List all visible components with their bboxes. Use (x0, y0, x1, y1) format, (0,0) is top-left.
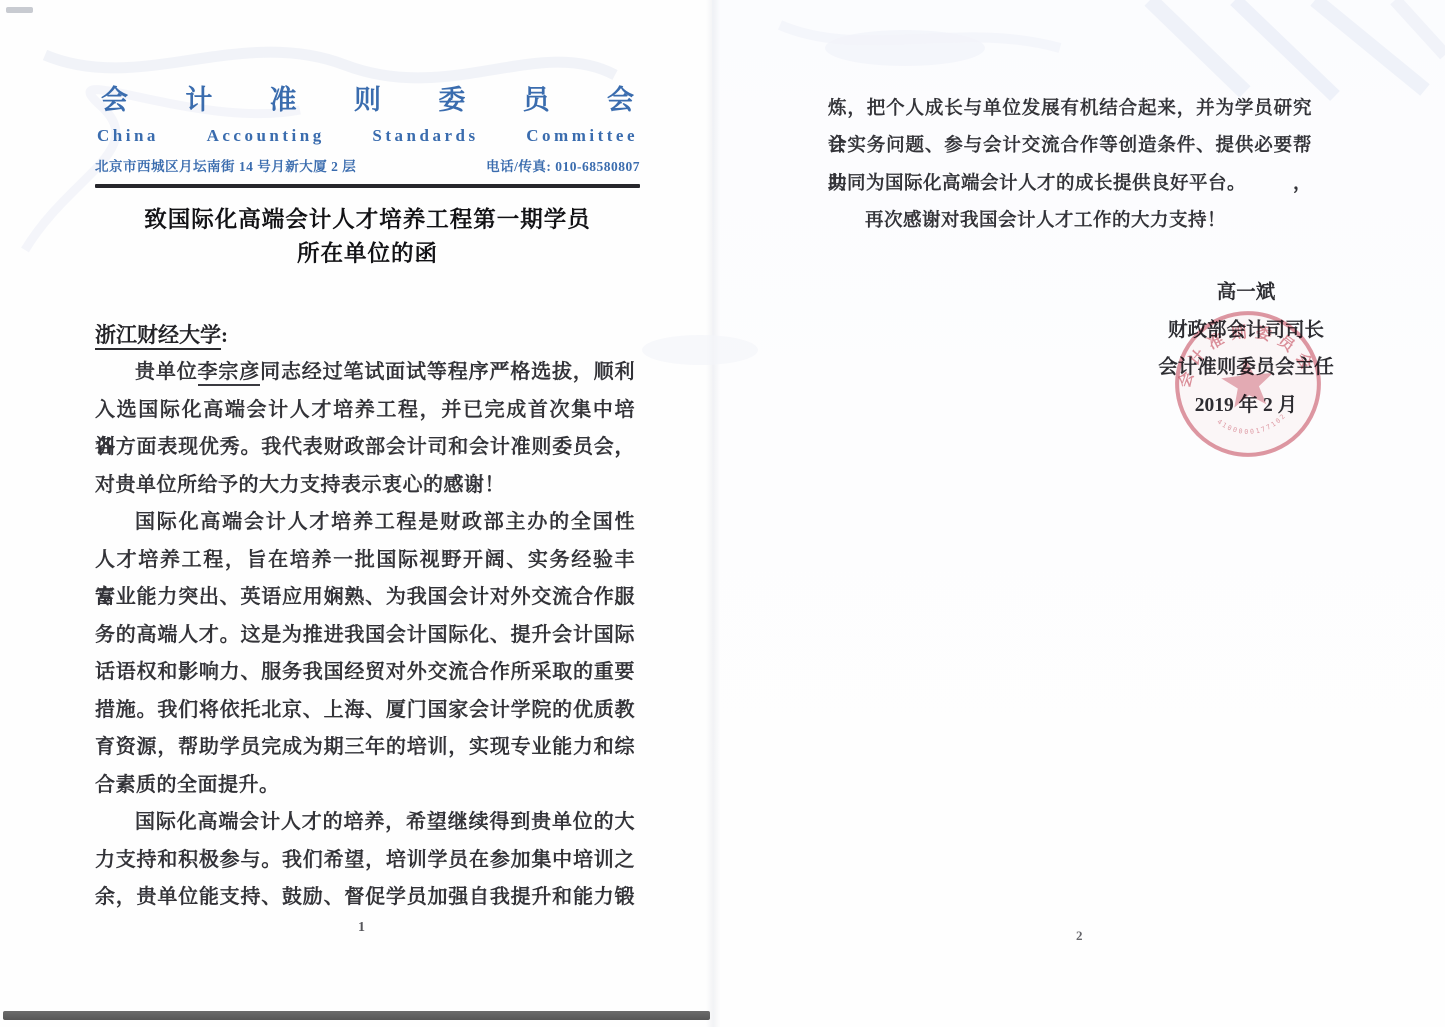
org-name-en-word: China (97, 125, 159, 147)
body-text: 各方面表现优秀。我代表财政部会计司和会计准则委员会， (95, 436, 635, 458)
official-seal: 会计准则委员会 4100000177102 (1158, 294, 1338, 474)
salutation-recipient: 浙江财经大学 (95, 323, 221, 350)
body-line: 炼，把个人成长与单位发展有机结合起来，并为学员研究会 (828, 91, 1312, 128)
body-line: 入选国际化高端会计人才培养工程，并已完成首次集中培训， (95, 392, 635, 430)
body-text: 话语权和影响力、服务我国经贸对外交流合作所采取的重要 (95, 661, 635, 683)
page1-body: 浙江财经大学: 贵单位李宗彦同志经过笔试面试等程序严格选拔，顺利入选国际化高端会… (95, 316, 635, 917)
page-seam (706, 0, 722, 1027)
letter-title-line2: 所在单位的函 (95, 237, 640, 271)
body-line: 国际化高端会计人才的培养，希望继续得到贵单位的大 (95, 804, 635, 842)
body-line: 计实务问题、参与会计交流合作等创造条件、提供必要帮助， (828, 128, 1312, 165)
body-line: 务的高端人才。这是为推进我国会计国际化、提升会计国际 (95, 617, 635, 655)
body-text: 合素质的全面提升。 (95, 774, 280, 796)
org-name-cn-char: 则 (354, 84, 381, 116)
body-text: 贵单位 (135, 361, 198, 383)
body-text: 再次感谢对我国会计人才工作的大力支持！ (865, 211, 1226, 231)
body-text: 余，贵单位能支持、鼓励、督促学员加强自我提升和能力锻 (95, 886, 635, 908)
page1-number: 1 (358, 920, 365, 936)
org-name-en-word: Standards (372, 125, 478, 147)
body-text: 国际化高端会计人才的培养，希望继续得到贵单位的大 (135, 811, 635, 833)
body-text: 同志经过笔试面试等程序严格选拔，顺利 (260, 361, 635, 383)
body-line: 再次感谢对我国会计人才工作的大力支持！ (828, 203, 1312, 240)
body-text: 对贵单位所给予的大力支持表示衷心的感谢！ (95, 474, 505, 496)
body-line: 各方面表现优秀。我代表财政部会计司和会计准则委员会， (95, 429, 635, 467)
body-line: 人才培养工程，旨在培养一批国际视野开阔、实务经验丰富、 (95, 542, 635, 580)
body-line: 对贵单位所给予的大力支持表示衷心的感谢！ (95, 467, 635, 505)
body-text: 共同为国际化高端会计人才的成长提供良好平台。 (828, 174, 1246, 194)
body-text: 育资源，帮助学员完成为期三年的培训，实现专业能力和综 (95, 736, 635, 758)
body-line: 话语权和影响力、服务我国经贸对外交流合作所采取的重要 (95, 654, 635, 692)
body-line: 专业能力突出、英语应用娴熟、为我国会计对外交流合作服 (95, 579, 635, 617)
body-text: 专业能力突出、英语应用娴熟、为我国会计对外交流合作服 (95, 586, 635, 608)
body-text: 措施。我们将依托北京、上海、厦门国家会计学院的优质教 (95, 699, 635, 721)
body-line: 共同为国际化高端会计人才的成长提供良好平台。 (828, 166, 1312, 203)
scan-edge-bar (3, 1011, 710, 1020)
page2-number: 2 (1076, 928, 1083, 944)
org-name-cn-char: 委 (438, 84, 465, 116)
scanned-letter: 会计准则委员会 ChinaAccountingStandardsCommitte… (0, 0, 1445, 1027)
body-text: 力支持和积极参与。我们希望，培训学员在参加集中培训之 (95, 849, 635, 871)
scan-smudge (6, 7, 33, 13)
letterhead: 会计准则委员会 ChinaAccountingStandardsCommitte… (95, 84, 640, 188)
salutation-colon: : (221, 323, 228, 347)
org-name-en: ChinaAccountingStandardsCommittee (95, 125, 640, 147)
body-line: 措施。我们将依托北京、上海、厦门国家会计学院的优质教 (95, 692, 635, 730)
underlined-name: 李宗彦 (198, 361, 261, 386)
body-text: 国际化高端会计人才培养工程是财政部主办的全国性 (135, 511, 635, 533)
letter-title: 致国际化高端会计人才培养工程第一期学员 所在单位的函 (95, 203, 640, 271)
org-name-cn-char: 会 (607, 84, 634, 116)
body-text: 务的高端人才。这是为推进我国会计国际化、提升会计国际 (95, 624, 635, 646)
org-name-cn-char: 准 (270, 84, 297, 116)
org-name-en-word: Committee (526, 125, 638, 147)
body-line: 贵单位李宗彦同志经过笔试面试等程序严格选拔，顺利 (95, 354, 635, 392)
org-name-cn-char: 员 (523, 84, 550, 116)
body-line: 合素质的全面提升。 (95, 767, 635, 805)
org-phone-fax: 电话/传真: 010-68580807 (486, 155, 640, 175)
page2-body: 炼，把个人成长与单位发展有机结合起来，并为学员研究会计实务问题、参与会计交流合作… (828, 91, 1312, 240)
org-name-cn-char: 计 (185, 84, 212, 116)
org-name-en-word: Accounting (207, 125, 325, 147)
body-line: 育资源，帮助学员完成为期三年的培训，实现专业能力和综 (95, 729, 635, 767)
salutation: 浙江财经大学: (95, 316, 635, 354)
body-line: 余，贵单位能支持、鼓励、督促学员加强自我提升和能力锻 (95, 879, 635, 917)
body-line: 力支持和积极参与。我们希望，培训学员在参加集中培训之 (95, 842, 635, 880)
letterhead-contact-row: 北京市西城区月坛南街 14 号月新大厦 2 层 电话/传真: 010-68580… (95, 155, 640, 175)
letterhead-rule (95, 184, 640, 188)
body-line: 国际化高端会计人才培养工程是财政部主办的全国性 (95, 504, 635, 542)
org-name-cn-char: 会 (101, 84, 128, 116)
org-name-cn: 会计准则委员会 (95, 84, 640, 116)
letter-title-line1: 致国际化高端会计人才培养工程第一期学员 (95, 203, 640, 237)
org-address: 北京市西城区月坛南街 14 号月新大厦 2 层 (95, 155, 356, 175)
